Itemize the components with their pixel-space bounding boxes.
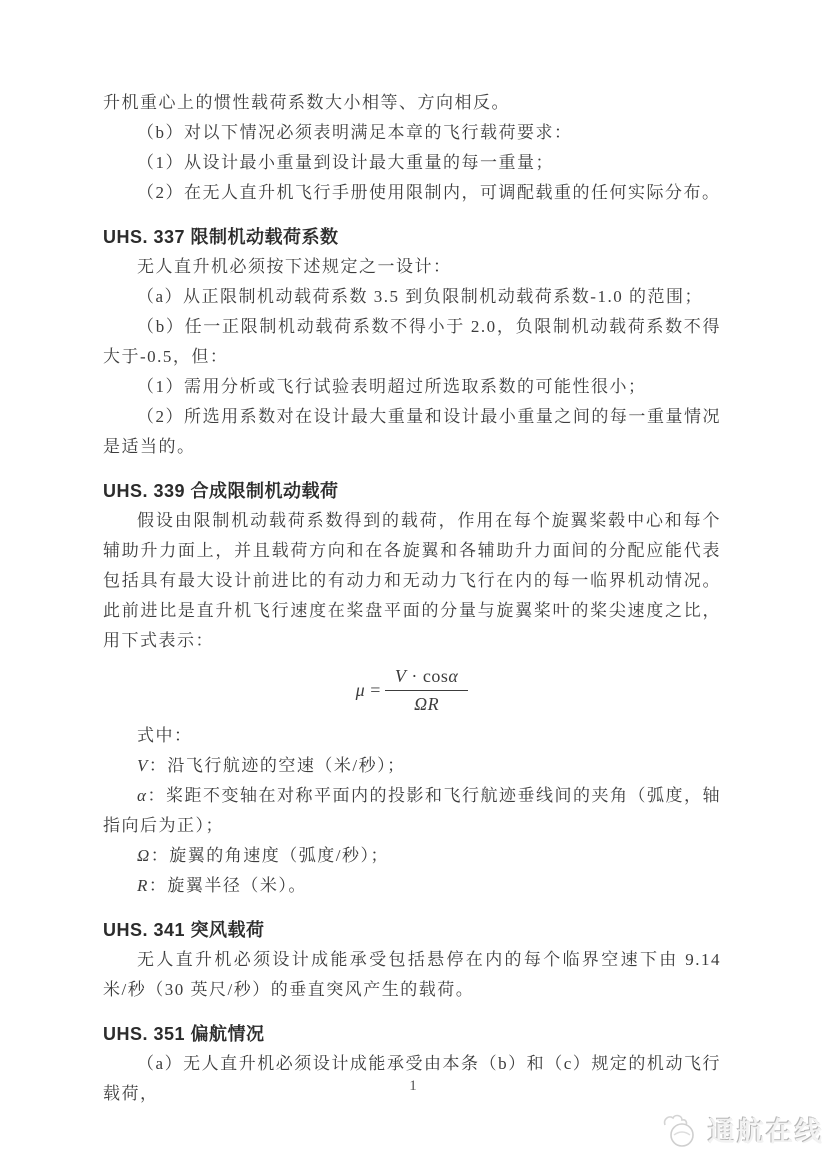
definition-symbol: α (137, 786, 147, 805)
definition-line: α：桨距不变轴在对称平面内的投影和飞行航迹垂线间的夹角（弧度，轴指向后为正）； (103, 781, 721, 841)
formula-denominator: ΩR (385, 691, 468, 715)
formula-equals: = (370, 680, 381, 700)
page-number: 1 (0, 1078, 826, 1095)
section-heading-uhs-341: UHS. 341 突风载荷 (103, 915, 721, 945)
definition-text: ：桨距不变轴在对称平面内的投影和飞行航迹垂线间的夹角（弧度，轴指向后为正）； (103, 786, 721, 835)
watermark-text: 通航在线 (708, 1110, 824, 1149)
paragraph: （b）任一正限制机动载荷系数不得小于 2.0，负限制机动载荷系数不得大于-0.5… (103, 312, 721, 372)
document-page: 升机重心上的惯性载荷系数大小相等、方向相反。 （b）对以下情况必须表明满足本章的… (0, 0, 826, 1169)
formula-mu: μ (356, 680, 366, 700)
definition-line: Ω：旋翼的角速度（弧度/秒）； (103, 841, 721, 871)
formula-dot: · (406, 666, 423, 686)
section-heading-uhs-337: UHS. 337 限制机动载荷系数 (103, 222, 721, 252)
definition-symbol: R (137, 876, 149, 895)
definition-line: V：沿飞行航迹的空速（米/秒）； (103, 751, 721, 781)
section-uhs-337: UHS. 337 限制机动载荷系数 无人直升机必须按下述规定之一设计： （a）从… (103, 222, 721, 462)
watermark: 通航在线 (659, 1110, 824, 1149)
section-uhs-341: UHS. 341 突风载荷 无人直升机必须设计成能承受包括悬停在内的每个临界空速… (103, 915, 721, 1005)
formula-numerator: V · cosα (385, 666, 468, 691)
definition-symbol: Ω (137, 846, 151, 865)
paragraph: （b）对以下情况必须表明满足本章的飞行载荷要求： (103, 118, 721, 148)
paragraph: （2）在无人直升机飞行手册使用限制内，可调配载重的任何实际分布。 (103, 178, 721, 208)
formula-lhs: μ = (356, 680, 381, 701)
paragraph: （2）所选用系数对在设计最大重量和设计最小重量之间的每一重量情况是适当的。 (103, 402, 721, 462)
paragraph: （a）从正限制机动载荷系数 3.5 到负限制机动载荷系数-1.0 的范围； (103, 282, 721, 312)
formula-fraction: V · cosα ΩR (385, 666, 468, 715)
definition-line: R：旋翼半径（米）。 (103, 871, 721, 901)
formula-omega-r: ΩR (414, 694, 439, 714)
document-content: 升机重心上的惯性载荷系数大小相等、方向相反。 （b）对以下情况必须表明满足本章的… (103, 88, 721, 1109)
paragraph: 升机重心上的惯性载荷系数大小相等、方向相反。 (103, 88, 721, 118)
definition-text: ：旋翼的角速度（弧度/秒）； (151, 846, 389, 865)
tonghang-logo-icon (659, 1111, 703, 1149)
section-uhs-351: UHS. 351 偏航情况 （a）无人直升机必须设计成能承受由本条（b）和（c）… (103, 1019, 721, 1109)
formula-cos: cos (423, 666, 449, 686)
formula-where-label: 式中： (103, 721, 721, 751)
paragraph: 无人直升机必须按下述规定之一设计： (103, 252, 721, 282)
paragraph: 无人直升机必须设计成能承受包括悬停在内的每个临界空速下由 9.14 米/秒（30… (103, 945, 721, 1005)
definition-text: ：沿飞行航迹的空速（米/秒）； (149, 756, 406, 775)
section-uhs-339: UHS. 339 合成限制机动载荷 假设由限制机动载荷系数得到的载荷，作用在每个… (103, 476, 721, 901)
definition-symbol: V (137, 756, 149, 775)
section-heading-uhs-339: UHS. 339 合成限制机动载荷 (103, 476, 721, 506)
formula-alpha: α (448, 666, 458, 686)
definition-text: ：旋翼半径（米）。 (149, 876, 307, 895)
formula-v: V (395, 666, 407, 686)
paragraph: 假设由限制机动载荷系数得到的载荷，作用在每个旋翼桨毂中心和每个辅助升力面上，并且… (103, 506, 721, 656)
advance-ratio-formula: μ = V · cosα ΩR (103, 666, 721, 715)
section-heading-uhs-351: UHS. 351 偏航情况 (103, 1019, 721, 1049)
paragraph: （1）从设计最小重量到设计最大重量的每一重量； (103, 148, 721, 178)
paragraph: （1）需用分析或飞行试验表明超过所选取系数的可能性很小； (103, 372, 721, 402)
